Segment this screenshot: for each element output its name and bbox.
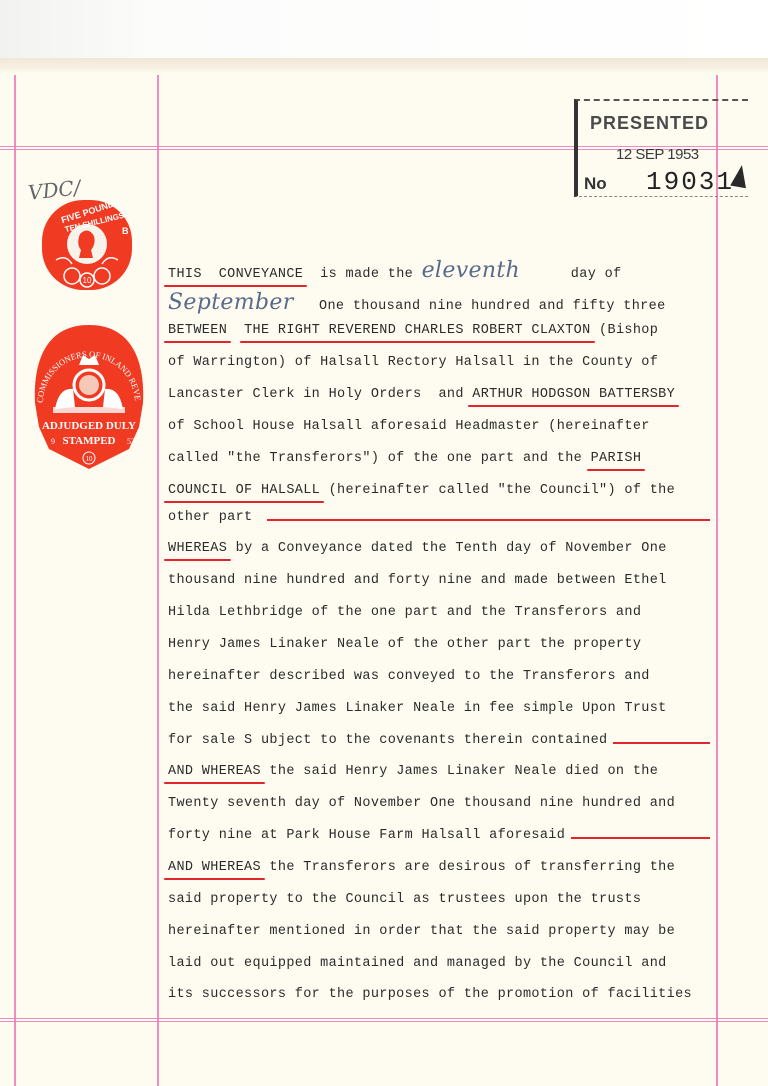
- deed-line: COUNCIL OF HALSALL (hereinafter called "…: [168, 483, 675, 498]
- red-trailing-rule: [571, 837, 710, 839]
- typed-text: Henry James Linaker Neale of the other p…: [168, 637, 641, 652]
- typed-text: for sale S ubject to the covenants there…: [168, 733, 607, 748]
- typed-text: day of: [520, 267, 621, 282]
- svg-text:10: 10: [83, 276, 92, 285]
- deed-line: Henry James Linaker Neale of the other p…: [168, 637, 641, 652]
- deed-line: AND WHEREAS the said Henry James Linaker…: [168, 764, 658, 779]
- underlined-party-name: PARISH: [591, 451, 642, 466]
- deed-line: thousand nine hundred and forty nine and…: [168, 573, 667, 588]
- adjudication-stamp: ADJUDGED DULY STAMPED 9 53 10 COMMISSION…: [33, 323, 145, 471]
- underlined-party-name: AND WHEREAS: [168, 764, 261, 779]
- typed-text: by a Conveyance dated the Tenth day of N…: [227, 541, 666, 556]
- svg-text:STAMPED: STAMPED: [63, 435, 116, 447]
- royal-arms-icon: ADJUDGED DULY STAMPED 9 53 10 COMMISSION…: [33, 323, 145, 471]
- typed-text: Twenty seventh day of November One thous…: [168, 796, 675, 811]
- handwritten-entry: eleventh: [422, 258, 521, 283]
- deed-line: hereinafter described was conveyed to th…: [168, 669, 650, 684]
- deed-line: the said Henry James Linaker Neale in fe…: [168, 701, 667, 716]
- typed-text: of School House Halsall aforesaid Headma…: [168, 419, 650, 434]
- typed-text: forty nine at Park House Farm Halsall af…: [168, 828, 565, 843]
- deed-line: of School House Halsall aforesaid Headma…: [168, 419, 650, 434]
- stamp-no-label: No: [584, 174, 607, 194]
- deed-line: AND WHEREAS the Transferors are desirous…: [168, 860, 675, 875]
- typed-text: called "the Transferors") of the one par…: [168, 451, 591, 466]
- presented-date: 12 SEP 1953: [616, 146, 699, 163]
- deed-line: Hilda Lethbridge of the one part and the…: [168, 605, 641, 620]
- underlined-party-name: BETWEEN: [168, 323, 227, 338]
- typed-text: the said Henry James Linaker Neale in fe…: [168, 701, 667, 716]
- underlined-party-name: COUNCIL OF HALSALL: [168, 483, 320, 498]
- scanner-background: [0, 0, 768, 58]
- deed-line: of Warrington) of Halsall Rectory Halsal…: [168, 355, 658, 370]
- deed-line: said property to the Council as trustees…: [168, 892, 641, 907]
- stamp-number: 19031: [646, 167, 734, 197]
- typed-text: (hereinafter called "the Council") of th…: [320, 483, 675, 498]
- typed-text: is made the: [303, 267, 421, 282]
- typed-text: [227, 323, 244, 338]
- typed-text: laid out equipped maintained and managed…: [168, 956, 667, 971]
- typed-text: its successors for the purposes of the p…: [168, 987, 692, 1002]
- deed-line: September One thousand nine hundred and …: [168, 290, 666, 315]
- deed-line: THIS CONVEYANCE is made the eleventh day…: [168, 258, 622, 283]
- underlined-party-name: THIS CONVEYANCE: [168, 267, 303, 282]
- typed-text: said property to the Council as trustees…: [168, 892, 641, 907]
- typed-text: Hilda Lethbridge of the one part and the…: [168, 605, 641, 620]
- deed-line: forty nine at Park House Farm Halsall af…: [168, 828, 565, 843]
- deed-line: other part: [168, 510, 261, 525]
- typed-text: hereinafter described was conveyed to th…: [168, 669, 650, 684]
- deed-line: Twenty seventh day of November One thous…: [168, 796, 675, 811]
- svg-text:9: 9: [51, 437, 55, 446]
- deed-line: hereinafter mentioned in order that the …: [168, 924, 675, 939]
- deed-line: laid out equipped maintained and managed…: [168, 956, 667, 971]
- underlined-party-name: ARTHUR HODGSON BATTERSBY: [472, 387, 675, 402]
- deed-line: its successors for the purposes of the p…: [168, 987, 692, 1002]
- underlined-party-name: AND WHEREAS: [168, 860, 261, 875]
- red-trailing-rule: [613, 742, 710, 744]
- margin-rule-inner: [157, 75, 159, 1086]
- underlined-party-name: THE RIGHT REVEREND CHARLES ROBERT CLAXTO…: [244, 323, 591, 338]
- svg-text:ADJUDGED DULY: ADJUDGED DULY: [42, 420, 136, 432]
- deed-line: for sale S ubject to the covenants there…: [168, 733, 607, 748]
- margin-rule-right: [716, 75, 718, 1086]
- svg-text:53: 53: [127, 437, 135, 446]
- presented-stamp: PRESENTED 12 SEP 1953 No 19031: [574, 99, 748, 197]
- typed-text: of Warrington) of Halsall Rectory Halsal…: [168, 355, 658, 370]
- typed-text: (Bishop: [591, 323, 659, 338]
- typed-text: Lancaster Clerk in Holy Orders and: [168, 387, 472, 402]
- deed-line: WHEREAS by a Conveyance dated the Tenth …: [168, 541, 667, 556]
- deed-line: called "the Transferors") of the one par…: [168, 451, 641, 466]
- svg-text:10: 10: [86, 455, 94, 463]
- paper-top-edge: [0, 58, 768, 74]
- red-trailing-rule: [267, 519, 710, 521]
- handwritten-entry: September: [168, 290, 294, 315]
- typed-text: hereinafter mentioned in order that the …: [168, 924, 675, 939]
- typed-text: the Transferors are desirous of transfer…: [261, 860, 675, 875]
- typed-text: other part: [168, 510, 261, 525]
- deed-line: BETWEEN THE RIGHT REVEREND CHARLES ROBER…: [168, 323, 658, 338]
- typed-text: One thousand nine hundred and fifty thre…: [294, 299, 666, 314]
- presented-label: PRESENTED: [590, 113, 709, 134]
- svg-text:B: B: [122, 226, 129, 236]
- underlined-party-name: WHEREAS: [168, 541, 227, 556]
- typed-text: thousand nine hundred and forty nine and…: [168, 573, 667, 588]
- revenue-stamp: 10 B FIVE POUNDS TEN SHILLINGS: [42, 200, 132, 290]
- margin-rule-left: [14, 75, 16, 1086]
- bottom-rule: [0, 1018, 768, 1019]
- deed-line: Lancaster Clerk in Holy Orders and ARTHU…: [168, 387, 675, 402]
- typed-text: the said Henry James Linaker Neale died …: [261, 764, 658, 779]
